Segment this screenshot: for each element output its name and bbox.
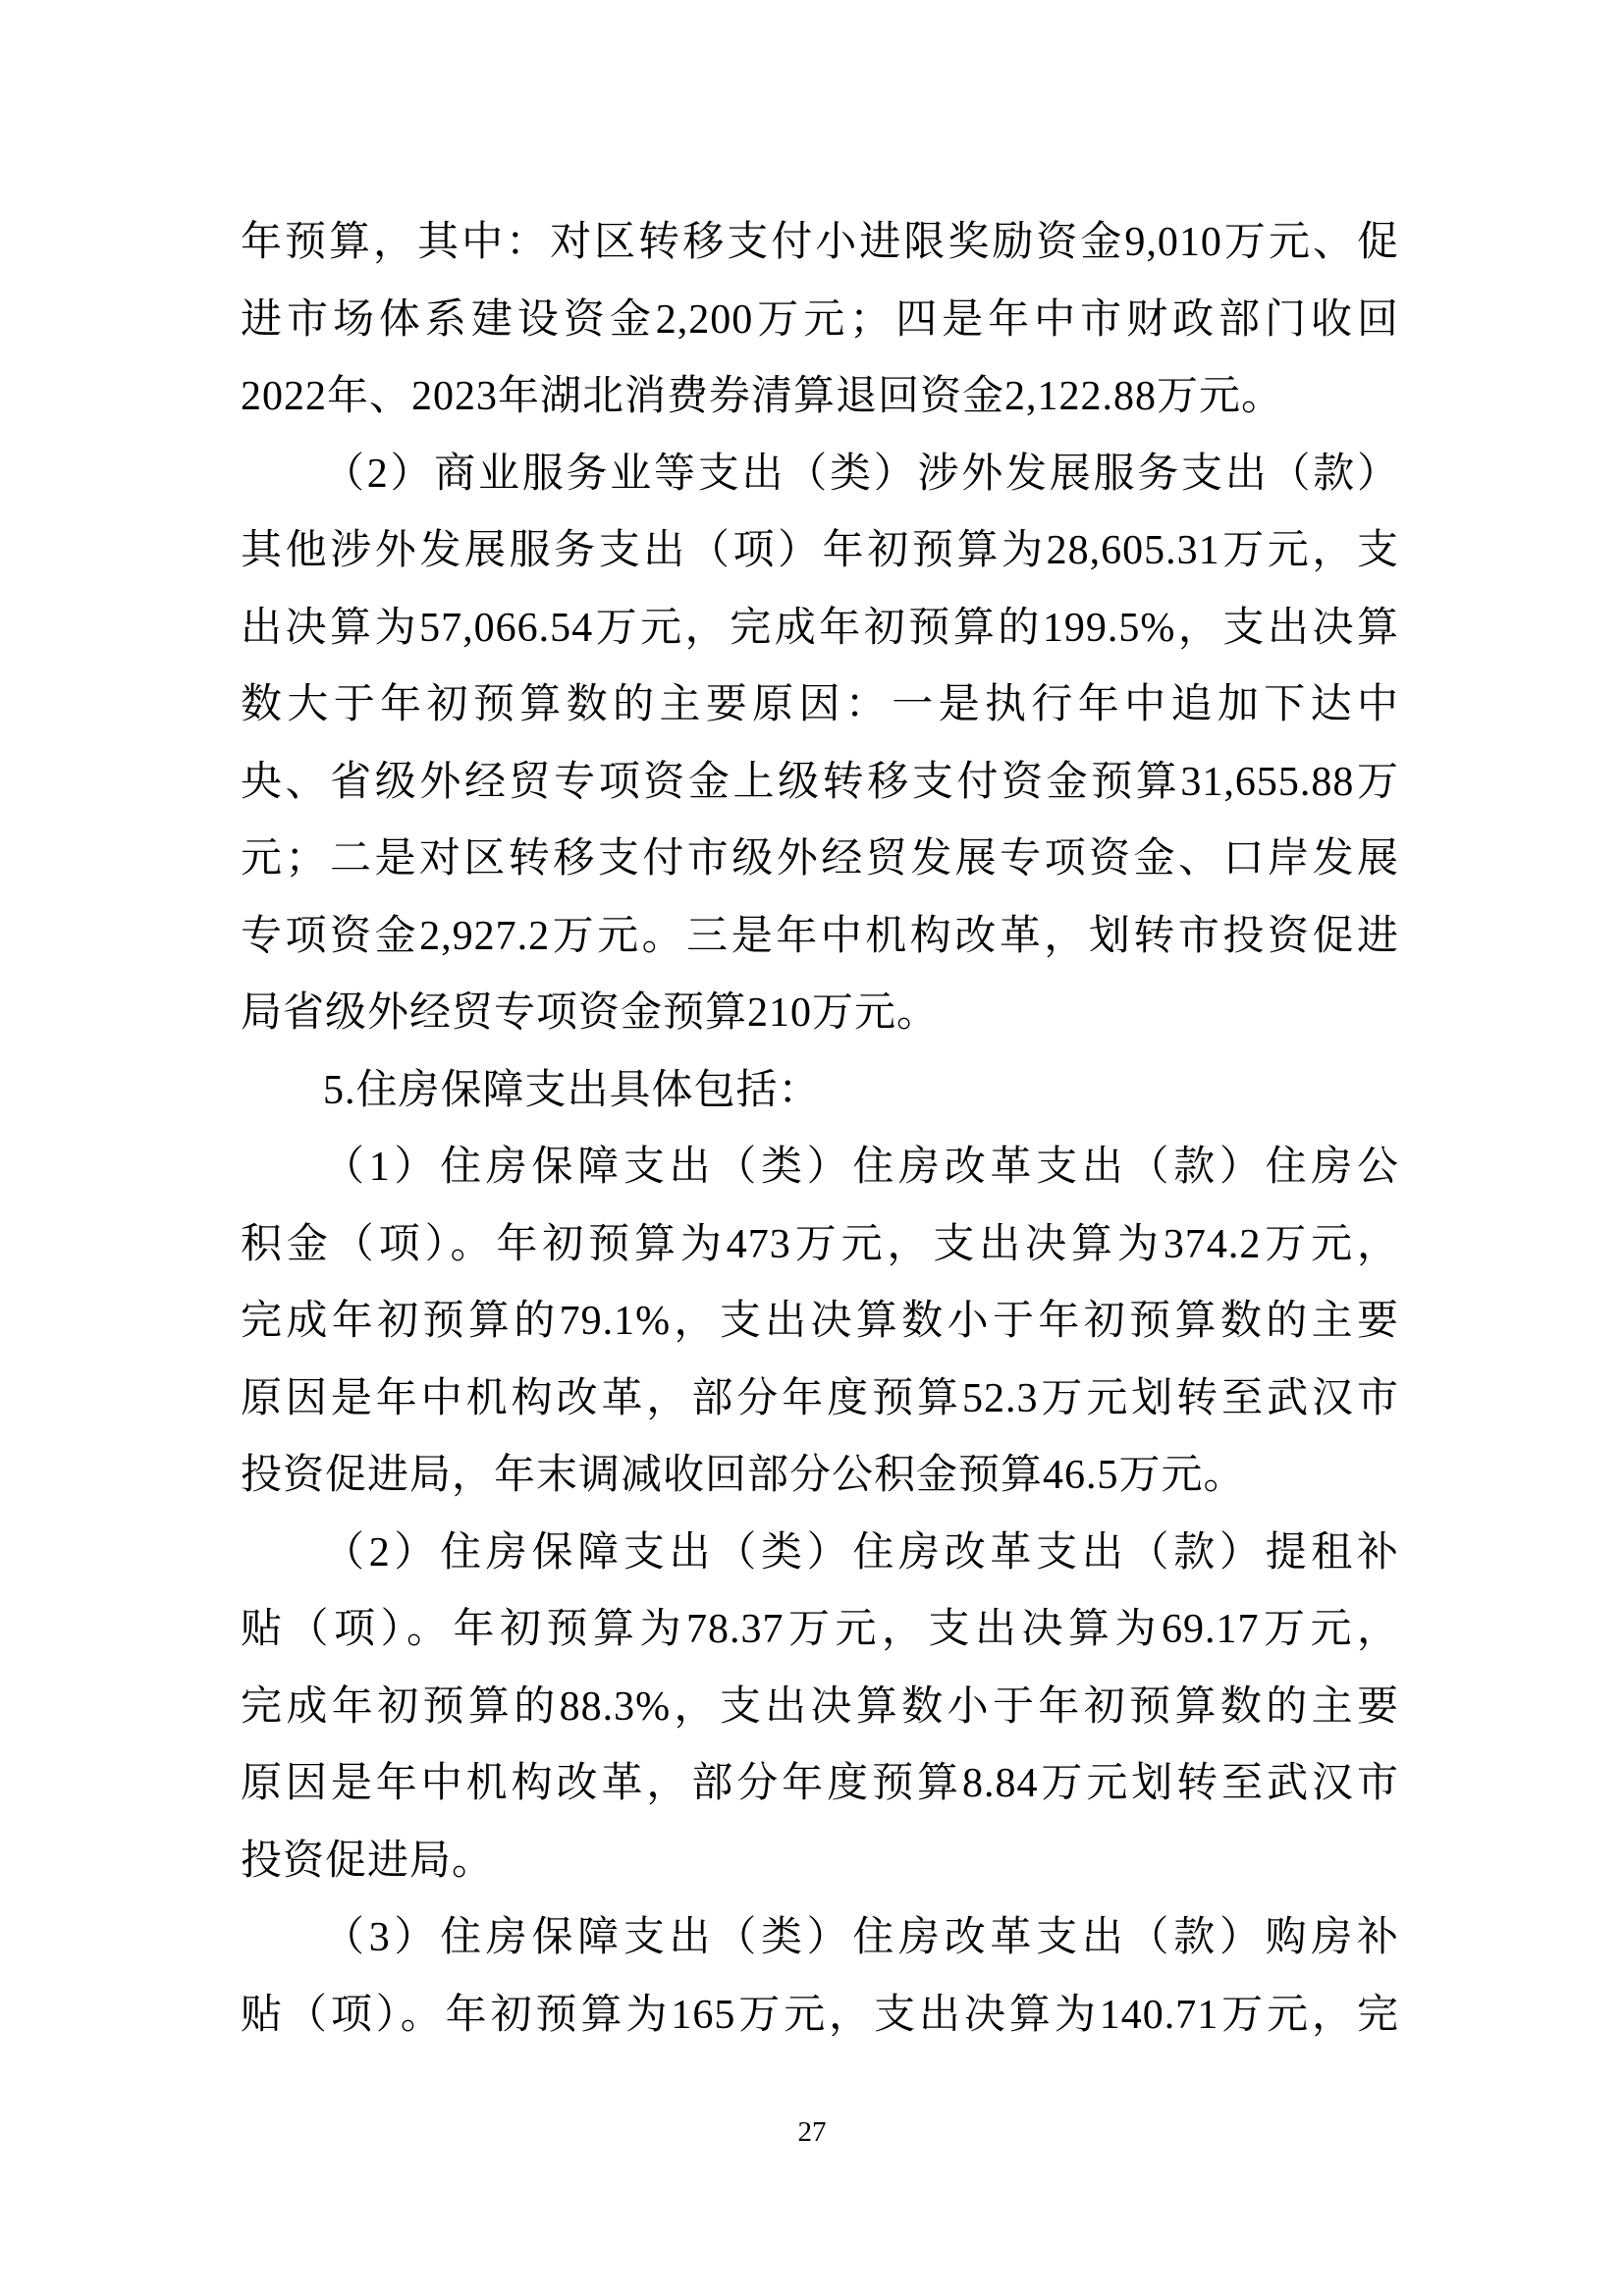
text-line: 数大于年初预算数的主要原因：一是执行年中追加下达中: [241, 667, 1399, 744]
text-line: （1）住房保障支出（类）住房改革支出（款）住房公: [241, 1129, 1399, 1206]
document-body: 年预算，其中：对区转移支付小进限奖励资金9,010万元、促进市场体系建设资金2,…: [241, 204, 1399, 2054]
text-line: 专项资金2,927.2万元。三是年中机构改革，划转市投资促进: [241, 898, 1399, 976]
text-line: 原因是年中机构改革，部分年度预算8.84万元划转至武汉市: [241, 1745, 1399, 1823]
text-line: 贴（项）。年初预算为165万元，支出决算为140.71万元，完: [241, 1977, 1399, 2055]
text-line: 完成年初预算的79.1%，支出决算数小于年初预算数的主要: [241, 1283, 1399, 1361]
text-line: 投资促进局。: [241, 1823, 1399, 1900]
text-line: （3）住房保障支出（类）住房改革支出（款）购房补: [241, 1899, 1399, 1977]
text-line: 其他涉外发展服务支出（项）年初预算为28,605.31万元，支: [241, 512, 1399, 590]
text-line: 5.住房保障支出具体包括：: [241, 1052, 1399, 1130]
text-line: 进市场体系建设资金2,200万元；四是年中市财政部门收回: [241, 282, 1399, 359]
text-line: 出决算为57,066.54万元，完成年初预算的199.5%，支出决算: [241, 590, 1399, 667]
text-line: 局省级外经贸专项资金预算210万元。: [241, 975, 1399, 1052]
text-line: （2）商业服务业等支出（类）涉外发展服务支出（款）: [241, 436, 1399, 513]
text-line: 原因是年中机构改革，部分年度预算52.3万元划转至武汉市: [241, 1361, 1399, 1438]
text-line: （2）住房保障支出（类）住房改革支出（款）提租补: [241, 1515, 1399, 1592]
text-line: 2022年、2023年湖北消费券清算退回资金2,122.88万元。: [241, 358, 1399, 436]
text-line: 积金（项）。年初预算为473万元，支出决算为374.2万元，: [241, 1206, 1399, 1284]
text-line: 投资促进局，年末调减收回部分公积金预算46.5万元。: [241, 1437, 1399, 1515]
page-number: 27: [0, 2112, 1624, 2152]
text-line: 贴（项）。年初预算为78.37万元，支出决算为69.17万元，: [241, 1591, 1399, 1669]
text-line: 年预算，其中：对区转移支付小进限奖励资金9,010万元、促: [241, 204, 1399, 282]
text-line: 完成年初预算的88.3%，支出决算数小于年初预算数的主要: [241, 1669, 1399, 1746]
document-page: 年预算，其中：对区转移支付小进限奖励资金9,010万元、促进市场体系建设资金2,…: [0, 0, 1624, 2296]
text-line: 央、省级外经贸专项资金上级转移支付资金预算31,655.88万: [241, 744, 1399, 822]
text-line: 元；二是对区转移支付市级外经贸发展专项资金、口岸发展: [241, 821, 1399, 898]
